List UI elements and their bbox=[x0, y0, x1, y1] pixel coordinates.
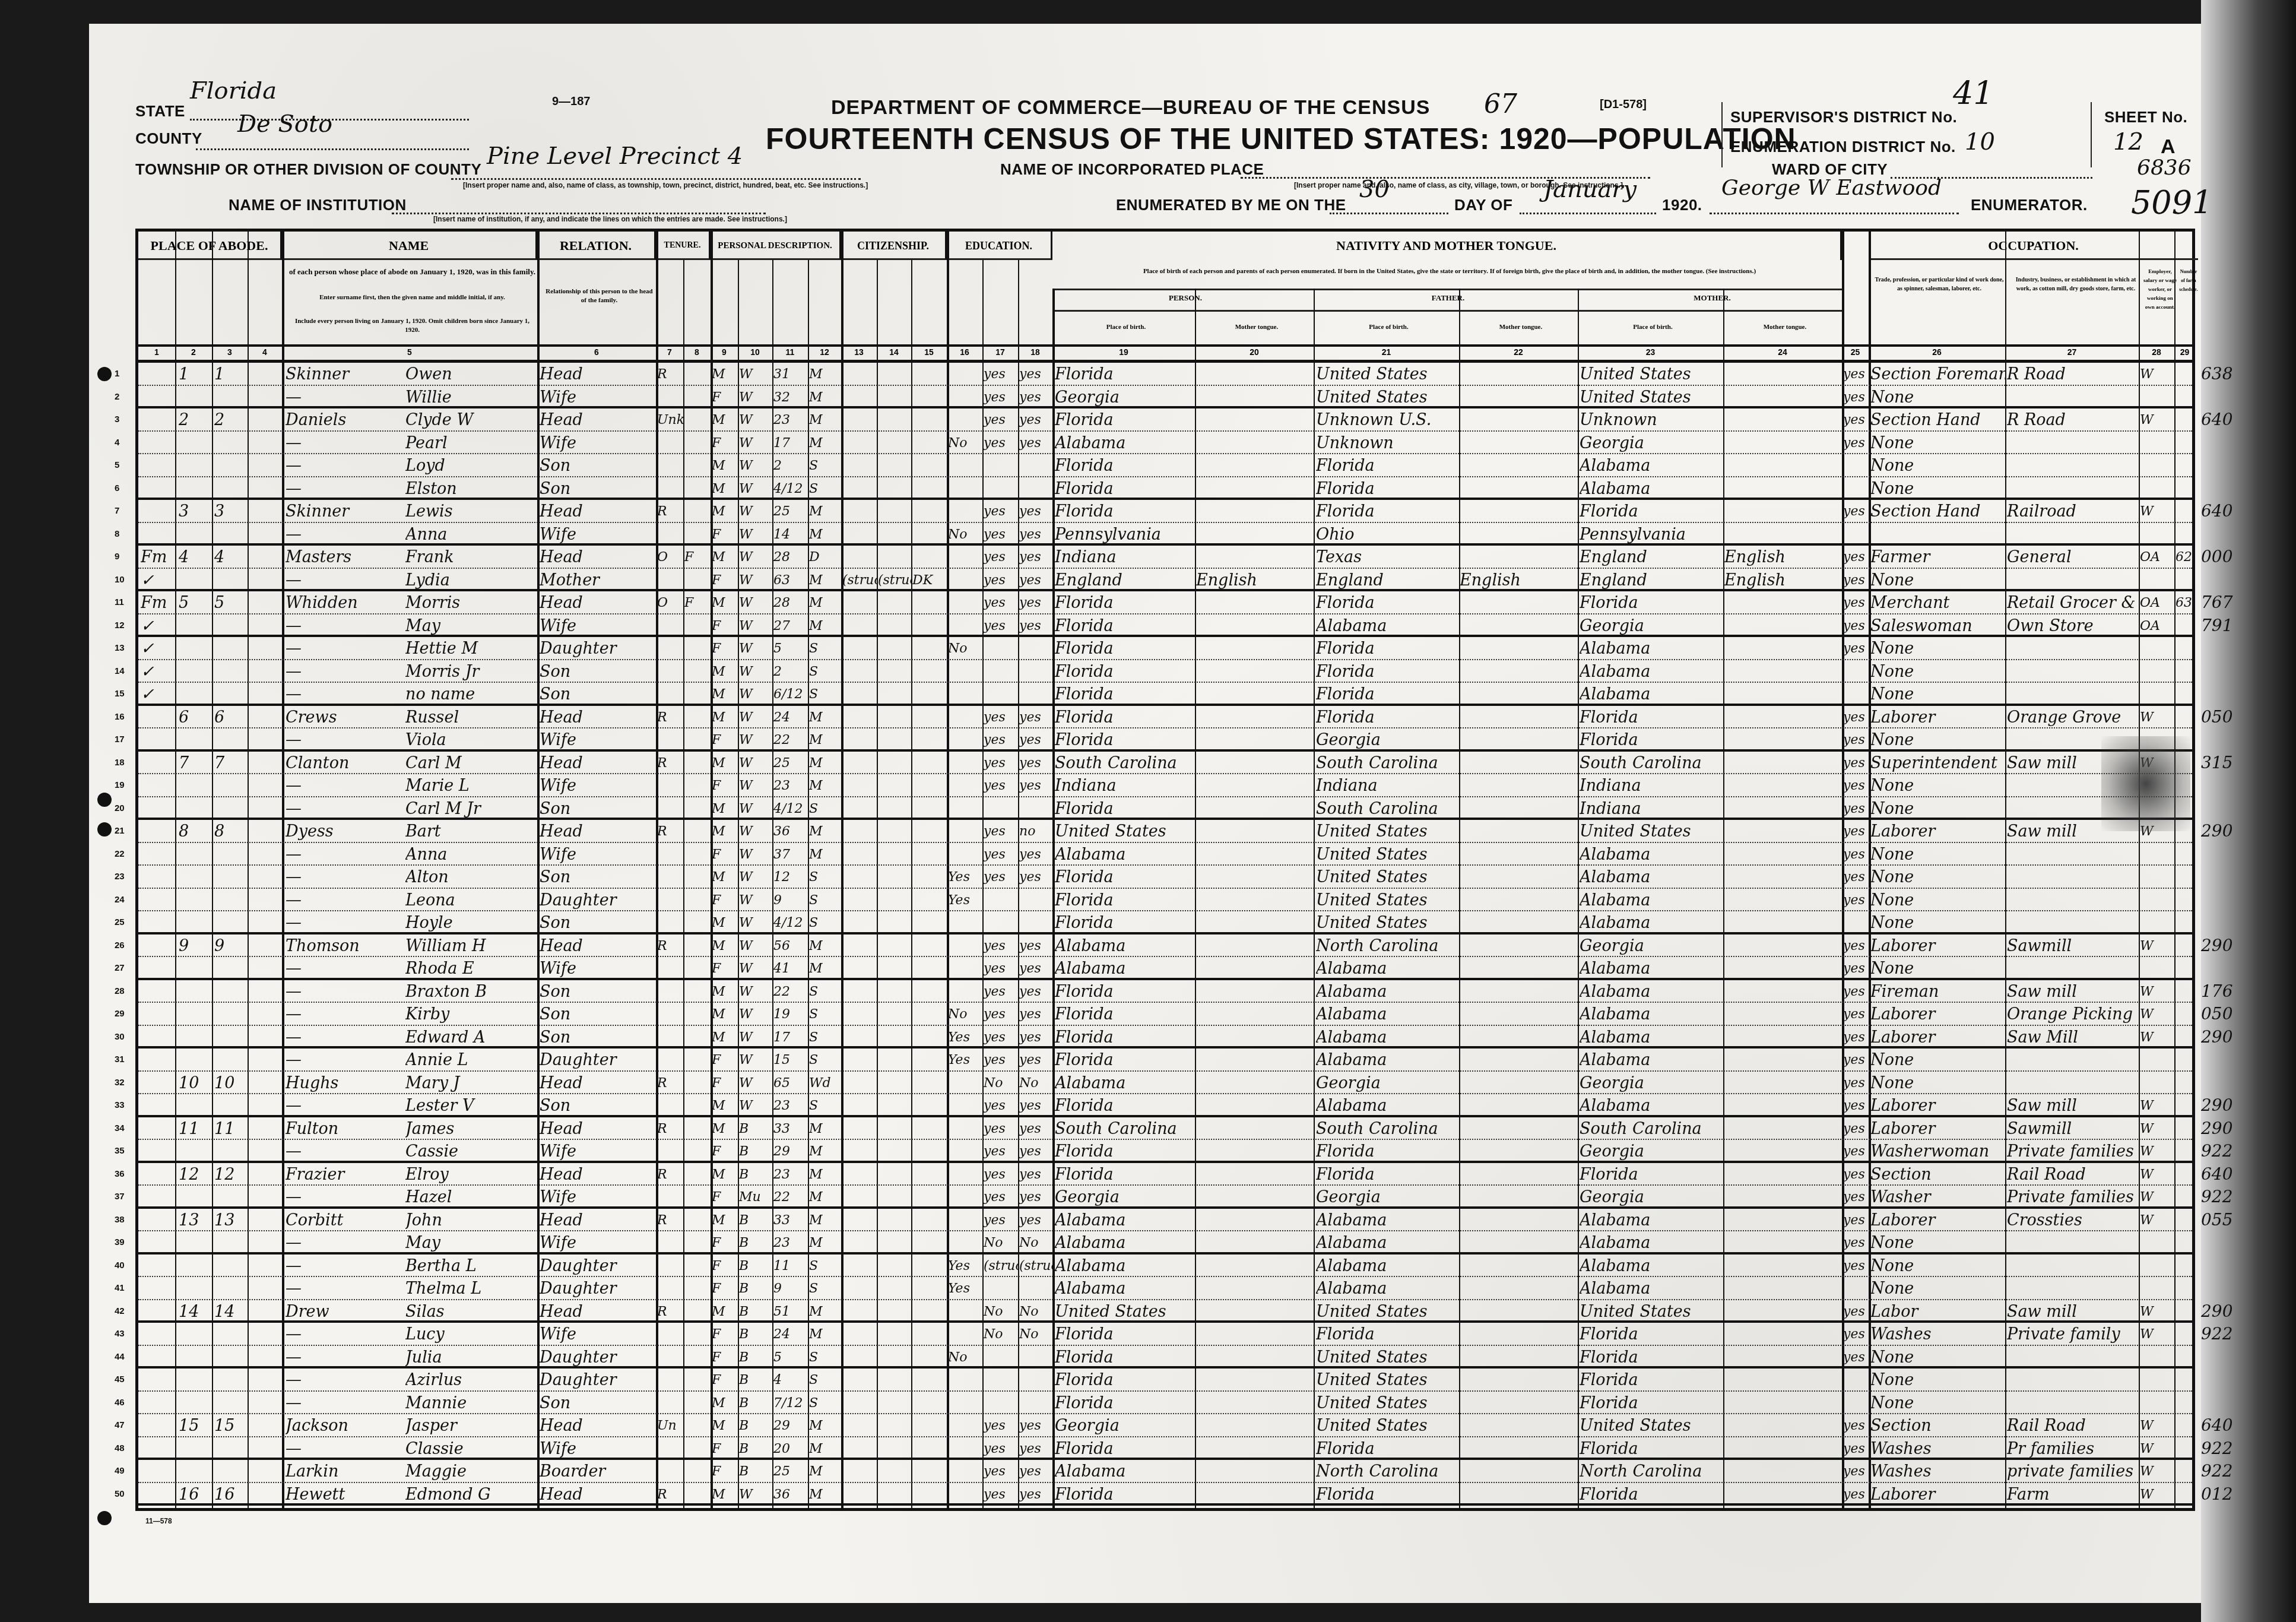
naturalized bbox=[878, 980, 912, 1003]
mother-birthplace: Florida bbox=[1580, 591, 1722, 614]
occupation-code: 000 bbox=[2201, 547, 2232, 566]
given-name: Jasper bbox=[405, 1414, 536, 1437]
industry bbox=[2007, 523, 2139, 546]
tenure: R bbox=[657, 1117, 683, 1140]
dwelling-number: 15 bbox=[179, 1414, 213, 1437]
tenure: R bbox=[657, 1209, 683, 1231]
mother-mother-tongue bbox=[1724, 1460, 1841, 1482]
can-read: yes bbox=[984, 1140, 1018, 1162]
trade-desc: Trade, profession, or particular kind of… bbox=[1872, 273, 2007, 296]
tenure bbox=[657, 1277, 683, 1300]
color: B bbox=[739, 1346, 772, 1368]
naturalized bbox=[878, 1368, 912, 1391]
marital-status: M bbox=[809, 1163, 842, 1186]
line-number: 40 bbox=[115, 1260, 125, 1271]
relation: Son bbox=[540, 1094, 656, 1117]
occupation-code: 791 bbox=[2201, 616, 2232, 635]
age: 63 bbox=[773, 569, 809, 591]
mother-mother-tongue bbox=[1724, 408, 1841, 431]
person-label: PERSON. bbox=[1052, 291, 1318, 305]
mark bbox=[141, 1483, 177, 1506]
marital-status: S bbox=[809, 797, 842, 820]
occupation-code: 922 bbox=[2201, 1461, 2232, 1481]
father-birthplace: North Carolina bbox=[1316, 1460, 1458, 1482]
father-tongue bbox=[1460, 1231, 1576, 1254]
mark bbox=[141, 980, 177, 1003]
family-number: 2 bbox=[214, 408, 245, 431]
stamp-number: 67 bbox=[1484, 89, 1517, 119]
employer-class: W bbox=[2140, 1117, 2174, 1140]
column-number: 21 bbox=[1314, 344, 1459, 360]
mark bbox=[141, 1048, 177, 1071]
color: W bbox=[739, 752, 772, 774]
birthplace: Florida bbox=[1055, 500, 1195, 522]
naturalized bbox=[878, 1209, 912, 1231]
occupation-code: 922 bbox=[2201, 1439, 2232, 1458]
mother-birthplace: Alabama bbox=[1580, 1254, 1722, 1277]
industry bbox=[2007, 1048, 2139, 1071]
family-number: 15 bbox=[214, 1414, 245, 1437]
color: Mu bbox=[739, 1186, 772, 1208]
birthplace: South Carolina bbox=[1055, 1117, 1195, 1140]
employer-class: W bbox=[2140, 1094, 2174, 1117]
surname: Frazier bbox=[286, 1163, 404, 1186]
relation: Wife bbox=[540, 728, 656, 751]
age: 65 bbox=[773, 1072, 809, 1094]
sex: M bbox=[712, 797, 738, 820]
mark bbox=[141, 1003, 177, 1025]
relation: Son bbox=[540, 866, 656, 888]
tenure bbox=[657, 889, 683, 911]
father-tongue bbox=[1460, 1026, 1576, 1048]
can-read: (struck) bbox=[984, 1254, 1018, 1277]
mark bbox=[141, 1368, 177, 1391]
mother-mother-tongue bbox=[1724, 637, 1841, 660]
immigration-year bbox=[842, 1392, 878, 1414]
column-number: 12 bbox=[808, 344, 841, 360]
table-row: 36 12 12 Frazier Elroy Head R M B 23 M y… bbox=[138, 1163, 2192, 1186]
line-number: 46 bbox=[115, 1398, 125, 1408]
family-number bbox=[214, 1003, 245, 1025]
father-tongue bbox=[1460, 889, 1576, 911]
state-label: STATE bbox=[135, 102, 185, 121]
naturalized bbox=[878, 454, 912, 477]
speaks-english: yes bbox=[1843, 591, 1868, 614]
dwelling-number bbox=[179, 1346, 213, 1368]
immigration-year bbox=[842, 591, 878, 614]
employer-class bbox=[2140, 1254, 2174, 1277]
age: 41 bbox=[773, 957, 809, 980]
sex: M bbox=[712, 980, 738, 1003]
table-row: 2 — Willie Wife F W 32 M yes yes Georgia… bbox=[138, 386, 2192, 409]
form-number: 9—187 bbox=[552, 95, 591, 109]
column-number: 14 bbox=[877, 344, 911, 360]
immigration-year bbox=[842, 1231, 878, 1254]
father-birthplace: Alabama bbox=[1316, 1231, 1458, 1254]
naturalization-year bbox=[912, 797, 947, 820]
mother-tongue bbox=[1196, 523, 1312, 546]
can-read: yes bbox=[984, 866, 1018, 888]
trade: None bbox=[1870, 1392, 2006, 1414]
farm-schedule bbox=[2176, 569, 2197, 591]
mother-mother-tongue bbox=[1724, 1094, 1841, 1117]
relation: Head bbox=[540, 1300, 656, 1323]
mark bbox=[141, 1117, 177, 1140]
surname: — bbox=[286, 477, 404, 500]
column-number: 26 bbox=[1869, 344, 2005, 360]
attended-school bbox=[948, 1231, 982, 1254]
given-name: Russel bbox=[405, 706, 536, 728]
column-number: 17 bbox=[982, 344, 1018, 360]
speaks-english: yes bbox=[1843, 866, 1868, 888]
can-write: yes bbox=[1019, 432, 1052, 454]
mortgaged bbox=[684, 1392, 711, 1414]
relation: Head bbox=[540, 934, 656, 957]
marital-status: S bbox=[809, 1277, 842, 1300]
can-read: yes bbox=[984, 1414, 1018, 1437]
marital-status: M bbox=[809, 1414, 842, 1437]
column-number: 1 bbox=[138, 344, 175, 360]
attended-school bbox=[948, 1140, 982, 1162]
column-number: 4 bbox=[248, 344, 282, 360]
given-name: Silas bbox=[405, 1300, 536, 1323]
mark bbox=[141, 454, 177, 477]
mother-birthplace: Alabama bbox=[1580, 477, 1722, 500]
tenure bbox=[657, 1140, 683, 1162]
mother-mother-tongue bbox=[1724, 957, 1841, 980]
mother-birthplace: Alabama bbox=[1580, 1003, 1722, 1025]
attended-school: No bbox=[948, 432, 982, 454]
mother-mother-tongue bbox=[1724, 1300, 1841, 1323]
relation: Head bbox=[540, 546, 656, 568]
father-tongue bbox=[1460, 934, 1576, 957]
mortgaged bbox=[684, 523, 711, 546]
can-read: yes bbox=[984, 432, 1018, 454]
mother-birthplace: Alabama bbox=[1580, 683, 1722, 705]
table-row: 45 — Azirlus Daughter F B 4 S Florida Un… bbox=[138, 1368, 2192, 1392]
family-number bbox=[214, 797, 245, 820]
age: 22 bbox=[773, 1186, 809, 1208]
state-value: Florida bbox=[190, 77, 277, 104]
farm-schedule bbox=[2176, 866, 2197, 888]
can-read bbox=[984, 1392, 1018, 1414]
trade: None bbox=[1870, 1254, 2006, 1277]
naturalization-year bbox=[912, 614, 947, 637]
father-tongue bbox=[1460, 911, 1576, 934]
given-name: Rhoda E bbox=[405, 957, 536, 980]
county-value: De Soto bbox=[237, 110, 332, 138]
attended-school bbox=[948, 934, 982, 957]
dwelling-number bbox=[179, 477, 213, 500]
person-tongue-label: Mother tongue. bbox=[1195, 321, 1318, 334]
birthplace: Florida bbox=[1055, 728, 1195, 751]
can-write bbox=[1019, 683, 1052, 705]
family-number bbox=[214, 386, 245, 408]
attended-school bbox=[948, 1163, 982, 1186]
birthplace: Alabama bbox=[1055, 1072, 1195, 1094]
surname: Whidden bbox=[286, 591, 404, 614]
can-write bbox=[1019, 797, 1052, 820]
employer-class bbox=[2140, 843, 2174, 866]
farm-schedule bbox=[2176, 660, 2197, 683]
industry: Crossties bbox=[2007, 1209, 2139, 1231]
dwelling-number: 1 bbox=[179, 363, 213, 385]
surname: — bbox=[286, 1231, 404, 1254]
father-tongue: English bbox=[1460, 569, 1576, 591]
tenure bbox=[657, 1231, 683, 1254]
can-read: yes bbox=[984, 363, 1018, 385]
mother-mother-tongue bbox=[1724, 1209, 1841, 1231]
mother-mother-tongue bbox=[1724, 432, 1841, 454]
table-row: 14 ✓ — Morris Jr Son M W 2 S Florida Flo… bbox=[138, 660, 2192, 683]
naturalized bbox=[878, 523, 912, 546]
mother-tongue bbox=[1196, 1483, 1312, 1506]
sex: F bbox=[712, 843, 738, 866]
naturalized bbox=[878, 1163, 912, 1186]
dwelling-number bbox=[179, 774, 213, 797]
punch-hole bbox=[97, 1511, 112, 1525]
mother-tongue bbox=[1196, 1368, 1312, 1391]
surname: — bbox=[286, 797, 404, 820]
attended-school bbox=[948, 797, 982, 820]
father-birthplace: United States bbox=[1316, 911, 1458, 934]
farm-schedule bbox=[2176, 1392, 2197, 1414]
immigration-year bbox=[842, 1140, 878, 1162]
table-row: 26 9 9 Thomson William H Head R M W 56 M… bbox=[138, 934, 2192, 958]
sex: F bbox=[712, 774, 738, 797]
table-row: 17 — Viola Wife F W 22 M yes yes Florida… bbox=[138, 728, 2192, 752]
sex: M bbox=[712, 1003, 738, 1025]
speaks-english: yes bbox=[1843, 889, 1868, 911]
father-tongue bbox=[1460, 614, 1576, 637]
industry: Orange Picking bbox=[2007, 1003, 2139, 1025]
given-name: May bbox=[405, 1231, 536, 1254]
mother-tongue bbox=[1196, 591, 1312, 614]
farm-schedule bbox=[2176, 911, 2197, 934]
father-tongue bbox=[1460, 1460, 1576, 1482]
birthplace: Florida bbox=[1055, 1483, 1195, 1506]
mark bbox=[141, 1346, 177, 1368]
marital-status: S bbox=[809, 1392, 842, 1414]
speaks-english: yes bbox=[1843, 1460, 1868, 1482]
group-occupation: OCCUPATION. bbox=[1869, 232, 2198, 260]
can-read bbox=[984, 660, 1018, 683]
birthplace: England bbox=[1055, 569, 1195, 591]
industry: Private families bbox=[2007, 1140, 2139, 1162]
given-name: Owen bbox=[405, 363, 536, 385]
immigration-year bbox=[842, 477, 878, 500]
mother-tongue bbox=[1196, 363, 1312, 385]
farm-schedule bbox=[2176, 432, 2197, 454]
township-value: Pine Level Precinct 4 bbox=[487, 142, 743, 170]
birthplace: Florida bbox=[1055, 1003, 1195, 1025]
immigration-year bbox=[842, 820, 878, 842]
surname: Skinner bbox=[286, 363, 404, 385]
mother-mother-tongue bbox=[1724, 1026, 1841, 1048]
mother-mother-tongue bbox=[1724, 980, 1841, 1003]
age: 12 bbox=[773, 866, 809, 888]
employer-class bbox=[2140, 957, 2174, 980]
color: B bbox=[739, 1323, 772, 1345]
sex: M bbox=[712, 683, 738, 705]
mother-birthplace: Pennsylvania bbox=[1580, 523, 1722, 546]
can-write: No bbox=[1019, 1231, 1052, 1254]
color: W bbox=[739, 432, 772, 454]
color: W bbox=[739, 1026, 772, 1048]
immigration-year: (struck) bbox=[842, 569, 878, 591]
farm-schedule bbox=[2176, 454, 2197, 477]
dwelling-number: 16 bbox=[179, 1483, 213, 1506]
color: W bbox=[739, 957, 772, 980]
mark bbox=[141, 797, 177, 820]
farm-schedule bbox=[2176, 1323, 2197, 1345]
attended-school bbox=[948, 728, 982, 751]
dwelling-number bbox=[179, 454, 213, 477]
attended-school bbox=[948, 706, 982, 728]
naturalization-year bbox=[912, 1231, 947, 1254]
immigration-year bbox=[842, 1483, 878, 1506]
employer-class bbox=[2140, 889, 2174, 911]
age: 17 bbox=[773, 432, 809, 454]
given-name: Edmond G bbox=[405, 1483, 536, 1506]
mother-mother-tongue bbox=[1724, 1072, 1841, 1094]
can-read bbox=[984, 683, 1018, 705]
naturalization-year bbox=[912, 1003, 947, 1025]
mother-birthplace: United States bbox=[1580, 1300, 1722, 1323]
mark bbox=[141, 523, 177, 546]
mother-birthplace: Alabama bbox=[1580, 454, 1722, 477]
can-write bbox=[1019, 1368, 1052, 1391]
color: W bbox=[739, 797, 772, 820]
father-tongue bbox=[1460, 706, 1576, 728]
can-write: yes bbox=[1019, 591, 1052, 614]
township-line bbox=[451, 178, 861, 180]
father-birthplace: Alabama bbox=[1316, 957, 1458, 980]
color: W bbox=[739, 614, 772, 637]
dwelling-number bbox=[179, 1231, 213, 1254]
supervisor-value: 41 bbox=[1953, 75, 1994, 112]
naturalized bbox=[878, 1346, 912, 1368]
naturalization-year bbox=[912, 1277, 947, 1300]
mother-birthplace: Alabama bbox=[1580, 889, 1722, 911]
naturalized bbox=[878, 934, 912, 957]
scan-edge bbox=[2201, 0, 2296, 1622]
employer-class bbox=[2140, 866, 2174, 888]
line-number: 49 bbox=[115, 1466, 125, 1476]
mark bbox=[141, 911, 177, 934]
father-tongue bbox=[1460, 1483, 1576, 1506]
sex: F bbox=[712, 1437, 738, 1460]
color: W bbox=[739, 1072, 772, 1094]
employer-class: W bbox=[2140, 408, 2174, 431]
father-birthplace: Florida bbox=[1316, 591, 1458, 614]
trade: Fireman bbox=[1870, 980, 2006, 1003]
employer-class bbox=[2140, 1277, 2174, 1300]
father-tongue bbox=[1460, 1003, 1576, 1025]
ink-smudge bbox=[2101, 736, 2190, 831]
tenure bbox=[657, 477, 683, 500]
speaks-english: yes bbox=[1843, 1483, 1868, 1506]
relation: Head bbox=[540, 408, 656, 431]
dwelling-number bbox=[179, 957, 213, 980]
father-birthplace: Unknown U.S. bbox=[1316, 408, 1458, 431]
farm-schedule bbox=[2176, 386, 2197, 408]
naturalized bbox=[878, 1231, 912, 1254]
trade: None bbox=[1870, 866, 2006, 888]
tenure: R bbox=[657, 752, 683, 774]
surname: — bbox=[286, 1323, 404, 1345]
sex: M bbox=[712, 1163, 738, 1186]
naturalization-year bbox=[912, 454, 947, 477]
attended-school bbox=[948, 546, 982, 568]
speaks-english: yes bbox=[1843, 774, 1868, 797]
marital-status: D bbox=[809, 546, 842, 568]
father-birth-label: Place of birth. bbox=[1314, 321, 1464, 334]
father-tongue bbox=[1460, 591, 1576, 614]
mortgaged bbox=[684, 1209, 711, 1231]
surname: Skinner bbox=[286, 500, 404, 522]
birthplace: Florida bbox=[1055, 408, 1195, 431]
birthplace: Georgia bbox=[1055, 386, 1195, 408]
trade: Washes bbox=[1870, 1460, 2006, 1482]
mark bbox=[141, 500, 177, 522]
column-number: 10 bbox=[738, 344, 772, 360]
color: W bbox=[739, 683, 772, 705]
given-name: Elston bbox=[405, 477, 536, 500]
mother-birthplace: United States bbox=[1580, 363, 1722, 385]
table-row: 28 — Braxton B Son M W 22 S yes yes Flor… bbox=[138, 980, 2192, 1003]
birthplace: Alabama bbox=[1055, 1231, 1195, 1254]
father-birthplace: United States bbox=[1316, 363, 1458, 385]
mother-mother-tongue bbox=[1724, 866, 1841, 888]
given-name: Pearl bbox=[405, 432, 536, 454]
attended-school bbox=[948, 683, 982, 705]
relation: Son bbox=[540, 1392, 656, 1414]
surname: — bbox=[286, 1094, 404, 1117]
supervisor-label: SUPERVISOR'S DISTRICT No. bbox=[1730, 108, 1957, 126]
census-title: FOURTEENTH CENSUS OF THE UNITED STATES: … bbox=[766, 122, 1796, 156]
birthplace: Florida bbox=[1055, 614, 1195, 637]
naturalized bbox=[878, 1277, 912, 1300]
naturalized bbox=[878, 683, 912, 705]
mortgaged bbox=[684, 637, 711, 660]
surname: Daniels bbox=[286, 408, 404, 431]
naturalized bbox=[878, 752, 912, 774]
marital-status: M bbox=[809, 752, 842, 774]
naturalization-year bbox=[912, 1300, 947, 1323]
mother-birthplace: Georgia bbox=[1580, 614, 1722, 637]
age: 5 bbox=[773, 1346, 809, 1368]
punch-hole bbox=[97, 793, 112, 807]
mother-tongue bbox=[1196, 1254, 1312, 1277]
marital-status: S bbox=[809, 1094, 842, 1117]
line-number: 29 bbox=[115, 1009, 125, 1019]
tenure bbox=[657, 569, 683, 591]
dwelling-number bbox=[179, 614, 213, 637]
attended-school bbox=[948, 1368, 982, 1391]
father-birthplace: South Carolina bbox=[1316, 797, 1458, 820]
mortgaged bbox=[684, 1323, 711, 1345]
mother-mother-tongue bbox=[1724, 1323, 1841, 1345]
sex: F bbox=[712, 386, 738, 408]
enumerator-label: ENUMERATOR. bbox=[1971, 196, 2088, 214]
mother-mother-tongue bbox=[1724, 683, 1841, 705]
color: W bbox=[739, 363, 772, 385]
naturalized bbox=[878, 546, 912, 568]
can-read bbox=[984, 797, 1018, 820]
immigration-year bbox=[842, 386, 878, 408]
mortgaged bbox=[684, 957, 711, 980]
